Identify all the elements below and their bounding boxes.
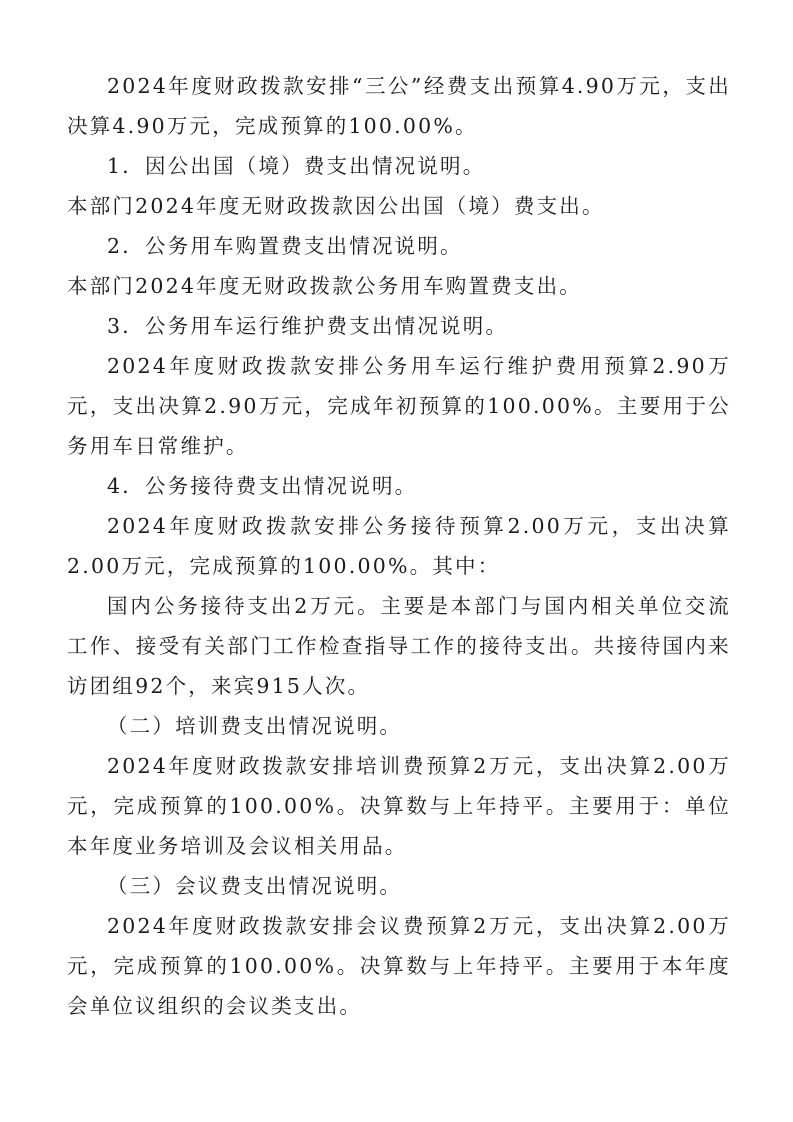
domestic-reception-body: 国内公务接待支出2万元。主要是本部门与国内相关单位交流工作、接受有关部门工作检查… (67, 586, 731, 706)
training-body: 2024年度财政拨款安排培训费预算2万元，支出决算2.00万元，完成预算的100… (67, 746, 731, 866)
meeting-body: 2024年度财政拨款安排会议费预算2万元，支出决算2.00万元，完成预算的100… (67, 906, 731, 1026)
overseas-travel-body: 本部门2024年度无财政拨款因公出国（境）费支出。 (67, 186, 731, 226)
vehicle-operation-body: 2024年度财政拨款安排公务用车运行维护费用预算2.90万元，支出决算2.90万… (67, 346, 731, 466)
heading-vehicle-operation: 3．公务用车运行维护费支出情况说明。 (67, 306, 731, 346)
heading-vehicle-purchase: 2．公务用车购置费支出情况说明。 (67, 226, 731, 266)
heading-training: （二）培训费支出情况说明。 (67, 706, 731, 746)
vehicle-purchase-body: 本部门2024年度无财政拨款公务用车购置费支出。 (67, 266, 731, 306)
document-page: 2024年度财政拨款安排“三公”经费支出预算4.90万元，支出决算4.90万元，… (67, 66, 731, 1026)
heading-overseas-travel: 1．因公出国（境）费支出情况说明。 (67, 146, 731, 186)
heading-reception: 4．公务接待费支出情况说明。 (67, 466, 731, 506)
heading-meeting: （三）会议费支出情况说明。 (67, 866, 731, 906)
three-public-expenses-summary: 2024年度财政拨款安排“三公”经费支出预算4.90万元，支出决算4.90万元，… (67, 66, 731, 146)
reception-body: 2024年度财政拨款安排公务接待预算2.00万元，支出决算2.00万元，完成预算… (67, 506, 731, 586)
